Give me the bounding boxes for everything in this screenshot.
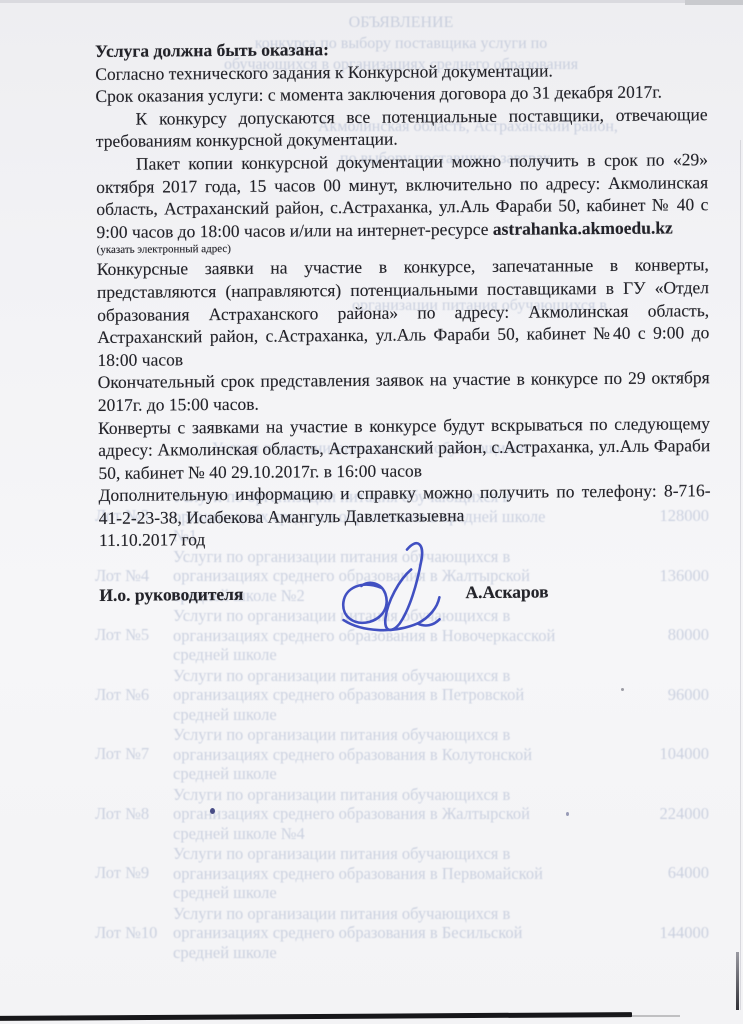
document-body: Услуга должна быть оказана: Согласно тех… (95, 35, 711, 606)
scan-edge-right-dark (736, 952, 739, 1010)
lot-description: Услуги по организации питания обучающихс… (173, 844, 565, 903)
handwritten-signature-icon (321, 535, 462, 654)
ink-speck (210, 808, 215, 814)
lot-amount: 64000 (668, 844, 709, 903)
table-row: Лот №7 Услуги по организации питания обу… (95, 725, 709, 784)
lot-number: Лот №6 (95, 666, 173, 725)
signer-name: А.Аскаров (465, 581, 548, 604)
website-address: astrahanka.akmoedu.kz (493, 217, 673, 238)
lot-description: Услуги по организации питания обучающихс… (173, 904, 565, 963)
paragraph-konverty: Конверты с заявками на участие в конкурс… (98, 412, 711, 485)
signer-title: И.о. руководителя (99, 583, 243, 607)
lot-amount: 80000 (668, 606, 709, 665)
lot-description: Услуги по организации питания обучающихс… (173, 725, 565, 784)
scan-edge-bottom-soft (600, 1015, 680, 1017)
lot-amount: 104000 (660, 725, 710, 784)
paragraph-okonchat: Окончательный срок представления заявок … (98, 366, 710, 416)
lot-amount: 224000 (660, 785, 710, 844)
paragraph-zayavki: Конкурсные заявки на участие в конкурсе,… (97, 254, 710, 372)
paragraph-paket: Пакет копии конкурсной документации можн… (96, 148, 709, 243)
scan-edge-top (0, 0, 743, 3)
bleedthrough-title: ОБЪЯВЛЕНИЕ (95, 12, 707, 33)
table-row: Лот №10 Услуги по организации питания об… (95, 904, 709, 963)
scan-edge-top-right (685, 0, 743, 5)
lot-number: Лот №5 (95, 606, 173, 665)
lot-number: Лот №9 (95, 844, 173, 903)
lot-amount: 144000 (660, 904, 710, 963)
lot-amount: 96000 (668, 666, 709, 725)
ink-speck (566, 812, 569, 816)
paragraph-dopusk: К конкурсу допускаются все потенциальные… (96, 103, 708, 153)
table-row: Лот №6 Услуги по организации питания обу… (95, 666, 709, 725)
scan-edge-right (740, 140, 741, 1010)
paragraph-dopinfo: Дополнительную информацию и справку можн… (98, 479, 710, 529)
lot-number: Лот №7 (95, 725, 173, 784)
table-row: Лот №8 Услуги по организации питания обу… (95, 785, 709, 844)
lot-number: Лот №10 (95, 904, 173, 963)
table-row: Лот №9 Услуги по организации питания обу… (95, 844, 709, 903)
lot-description: Услуги по организации питания обучающихс… (173, 666, 565, 725)
lot-number: Лот №8 (95, 785, 173, 844)
lot-description: Услуги по организации питания обучающихс… (173, 785, 565, 844)
scanned-document-page: ОБЪЯВЛЕНИЕ конкурса по выбору поставщика… (0, 0, 743, 1024)
ink-speck (621, 688, 624, 691)
